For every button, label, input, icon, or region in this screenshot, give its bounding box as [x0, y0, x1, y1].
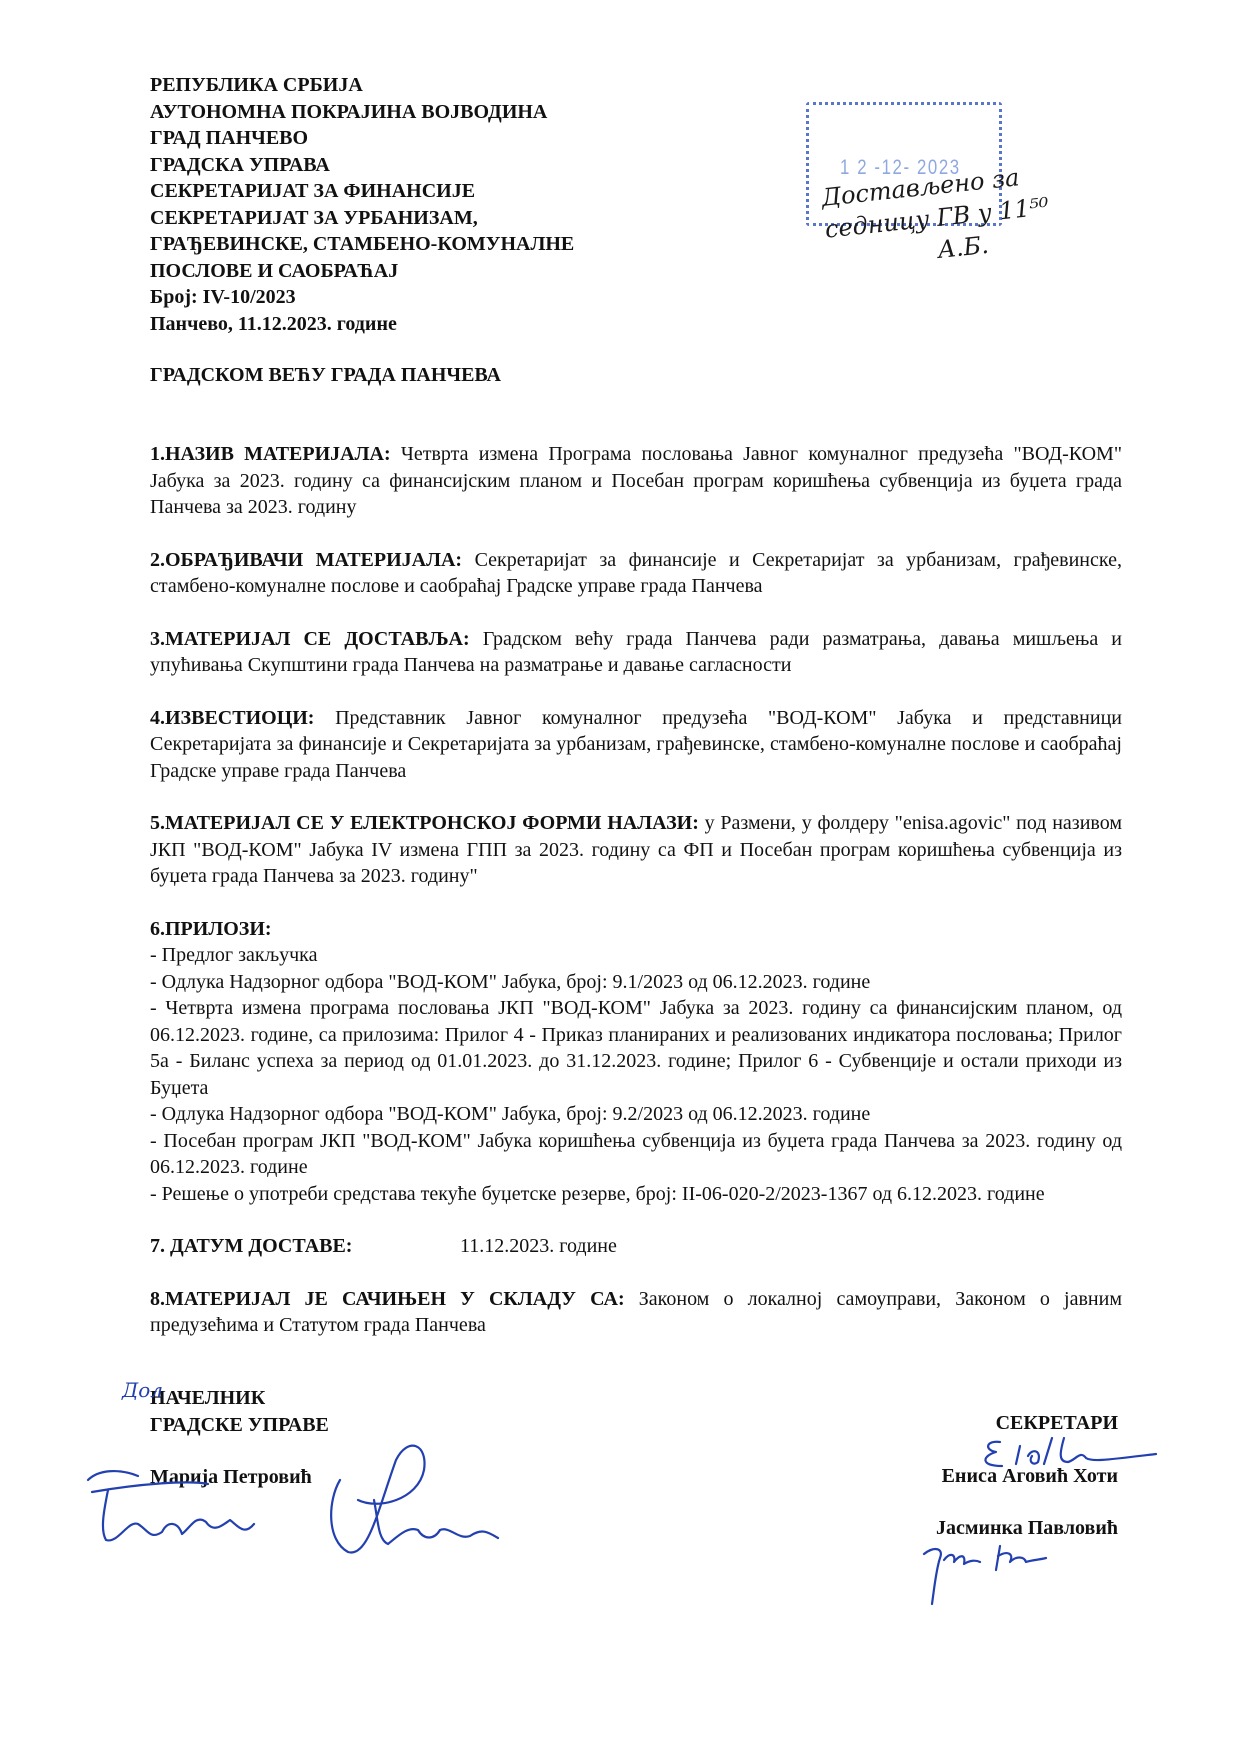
section-delivered-to: 3.МАТЕРИЈАЛ СЕ ДОСТАВЉА: Градском већу г…	[150, 626, 1122, 679]
section-label: 8.МАТЕРИЈАЛ ЈЕ САЧИЊЕН У СКЛАДУ СА:	[150, 1288, 625, 1310]
attachment-item: - Одлука Надзорног одбора "ВОД-КОМ" Јабу…	[150, 969, 1122, 996]
document-number: Број: IV-10/2023	[150, 284, 574, 311]
signer-title: ГРАДСКЕ УПРАВЕ	[150, 1412, 329, 1439]
attachment-item: - Четврта измена програма пословања ЈКП …	[150, 995, 1122, 1101]
attachment-item: - Одлука Надзорног одбора "ВОД-КОМ" Јабу…	[150, 1101, 1122, 1128]
letterhead-line: РЕПУБЛИКА СРБИЈА	[150, 72, 574, 99]
letterhead-line: ГРАД ПАНЧЕВО	[150, 125, 574, 152]
attachment-item: - Решење о употреби средстава текуће буџ…	[150, 1181, 1122, 1208]
section-delivery-date: 7. ДАТУМ ДОСТАВЕ:11.12.2023. године	[150, 1233, 1122, 1260]
signer-name: Јасминка Павловић	[936, 1515, 1118, 1542]
section-rapporteurs: 4.ИЗВЕСТИОЦИ: Представник Јавног комунал…	[150, 705, 1122, 785]
section-attachments: 6.ПРИЛОЗИ: - Предлог закључка - Одлука Н…	[150, 916, 1122, 1208]
attachment-item: - Посебан програм ЈКП "ВОД-КОМ" Јабука к…	[150, 1128, 1122, 1181]
letterhead-line: СЕКРЕТАРИЈАТ ЗА УРБАНИЗАМ,	[150, 205, 574, 232]
section-label: 4.ИЗВЕСТИОЦИ:	[150, 707, 314, 729]
section-authors: 2.ОБРАЂИВАЧИ МАТЕРИЈАЛА: Секретаријат за…	[150, 547, 1122, 600]
section-label: 5.МАТЕРИЈАЛ СЕ У ЕЛЕКТРОНСКОЈ ФОРМИ НАЛА…	[150, 812, 699, 834]
signature-ink-right-1	[976, 1432, 1176, 1482]
handwritten-initials: Дол	[122, 1377, 163, 1404]
section-material-title: 1.НАЗИВ МАТЕРИЈАЛА: Четврта измена Прогр…	[150, 441, 1122, 521]
letterhead-line: ГРАДСКА УПРАВА	[150, 152, 574, 179]
addressee: ГРАДСКОМ ВЕЋУ ГРАДА ПАНЧЕВА	[150, 364, 501, 387]
attachment-item: - Предлог закључка	[150, 942, 1122, 969]
section-electronic-location: 5.МАТЕРИЈАЛ СЕ У ЕЛЕКТРОНСКОЈ ФОРМИ НАЛА…	[150, 810, 1122, 890]
section-legal-basis: 8.МАТЕРИЈАЛ ЈЕ САЧИЊЕН У СКЛАДУ СА: Зако…	[150, 1286, 1122, 1339]
section-label: 7. ДАТУМ ДОСТАВЕ:	[150, 1233, 460, 1260]
signer-title: НАЧЕЛНИК	[150, 1387, 265, 1409]
letterhead-line: СЕКРЕТАРИЈАТ ЗА ФИНАНСИЈЕ	[150, 178, 574, 205]
section-label: 6.ПРИЛОЗИ:	[150, 916, 1122, 943]
section-label: 3.МАТЕРИЈАЛ СЕ ДОСТАВЉА:	[150, 628, 470, 650]
letterhead-line: ПОСЛОВЕ И САОБРАЋАЈ	[150, 258, 574, 285]
section-label: 2.ОБРАЂИВАЧИ МАТЕРИЈАЛА:	[150, 549, 462, 571]
signature-ink-right-2	[920, 1540, 1060, 1610]
document-body: 1.НАЗИВ МАТЕРИЈАЛА: Четврта измена Прогр…	[150, 441, 1122, 1365]
document-date: Панчево, 11.12.2023. године	[150, 311, 574, 338]
delivery-date: 11.12.2023. године	[460, 1233, 617, 1260]
letterhead-line: АУТОНОМНА ПОКРАЈИНА ВОЈВОДИНА	[150, 99, 574, 126]
signature-ink-left	[78, 1440, 538, 1580]
letterhead: РЕПУБЛИКА СРБИЈА АУТОНОМНА ПОКРАЈИНА ВОЈ…	[150, 72, 574, 337]
section-label: 1.НАЗИВ МАТЕРИЈАЛА:	[150, 443, 391, 465]
letterhead-line: ГРАЂЕВИНСКЕ, СТАМБЕНО-КОМУНАЛНЕ	[150, 231, 574, 258]
